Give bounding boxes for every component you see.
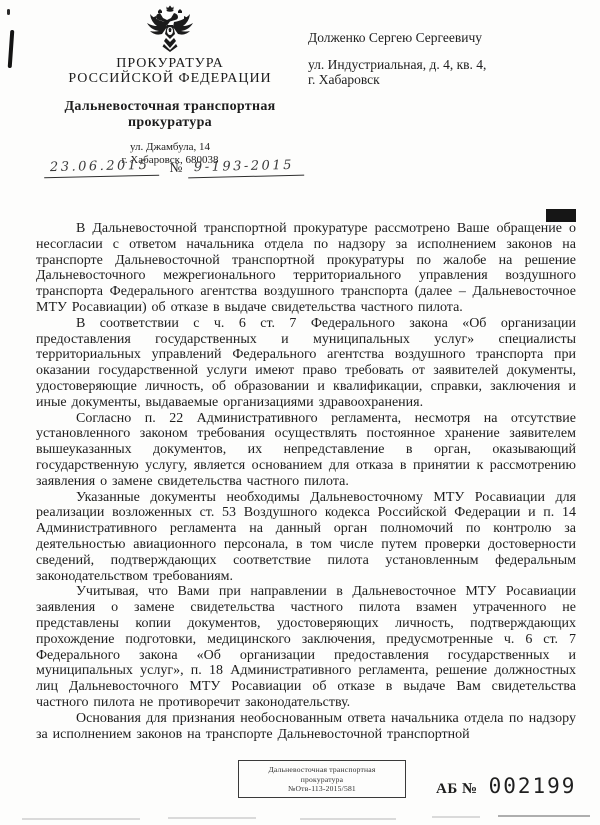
body-paragraph: Учитывая, что Вами при направлении в Дал… — [36, 584, 576, 710]
letterhead: ПРОКУРАТУРА РОССИЙСКОЙ ФЕДЕРАЦИИ Дальнев… — [30, 0, 310, 167]
division-name: Дальневосточная транспортная прокуратура — [30, 99, 310, 130]
scan-noise-line — [22, 818, 140, 820]
body-paragraph: В соответствии с ч. 6 ст. 7 Федерального… — [36, 316, 576, 411]
addressee-name: Долженко Сергею Сергеевичу — [308, 30, 533, 45]
pen-stroke-artifact — [8, 30, 15, 68]
scan-noise-line — [498, 815, 590, 817]
number-sign: № — [169, 160, 182, 176]
form-series-number: 002199 — [489, 774, 577, 798]
handwritten-date: 23.06.2015 — [44, 158, 160, 179]
body-paragraph: Согласно п. 22 Административного регламе… — [36, 411, 576, 490]
scan-noise-line — [432, 816, 480, 818]
body-paragraph: В Дальневосточной транспортной прокурату… — [36, 221, 576, 316]
form-series-label: АБ № — [436, 781, 478, 798]
reference-line: 23.06.2015 № 9-193-2015 — [44, 159, 324, 177]
addressee-address-line1: ул. Индустриальная, д. 4, кв. 4, — [308, 57, 533, 72]
addressee-block: Долженко Сергею Сергеевичу ул. Индустриа… — [308, 30, 533, 87]
org-name-line1: ПРОКУРАТУРА — [30, 56, 310, 71]
pen-dot-artifact — [7, 9, 10, 15]
addressee-address-line2: г. Хабаровск — [308, 72, 533, 87]
body-paragraph: Основания для признания необоснованным о… — [36, 711, 576, 743]
form-series-block: АБ № 002199 — [436, 774, 576, 798]
division-name-line2: прокуратура — [30, 115, 310, 131]
stamp-ref-number: №Отв-113-2015/581 — [241, 784, 403, 794]
scan-noise-line — [300, 818, 396, 820]
letter-body: В Дальневосточной транспортной прокурату… — [36, 221, 576, 769]
coat-of-arms-icon — [139, 5, 201, 53]
registration-stamp: Дальневосточная транспортная прокуратура… — [238, 760, 406, 798]
body-paragraph: Указанные документы необходимы Дальневос… — [36, 490, 576, 585]
stamp-org-line1: Дальневосточная транспортная — [241, 765, 403, 775]
document-page: ПРОКУРАТУРА РОССИЙСКОЙ ФЕДЕРАЦИИ Дальнев… — [0, 0, 600, 825]
division-name-line1: Дальневосточная транспортная — [30, 99, 310, 115]
scan-noise-line — [168, 817, 256, 819]
handwritten-ref-number: 9-193-2015 — [188, 158, 304, 179]
org-name-line2: РОССИЙСКОЙ ФЕДЕРАЦИИ — [30, 71, 310, 86]
letterhead-street: ул. Джамбула, 14 — [30, 141, 310, 154]
stamp-org-line2: прокуратура — [241, 775, 403, 785]
